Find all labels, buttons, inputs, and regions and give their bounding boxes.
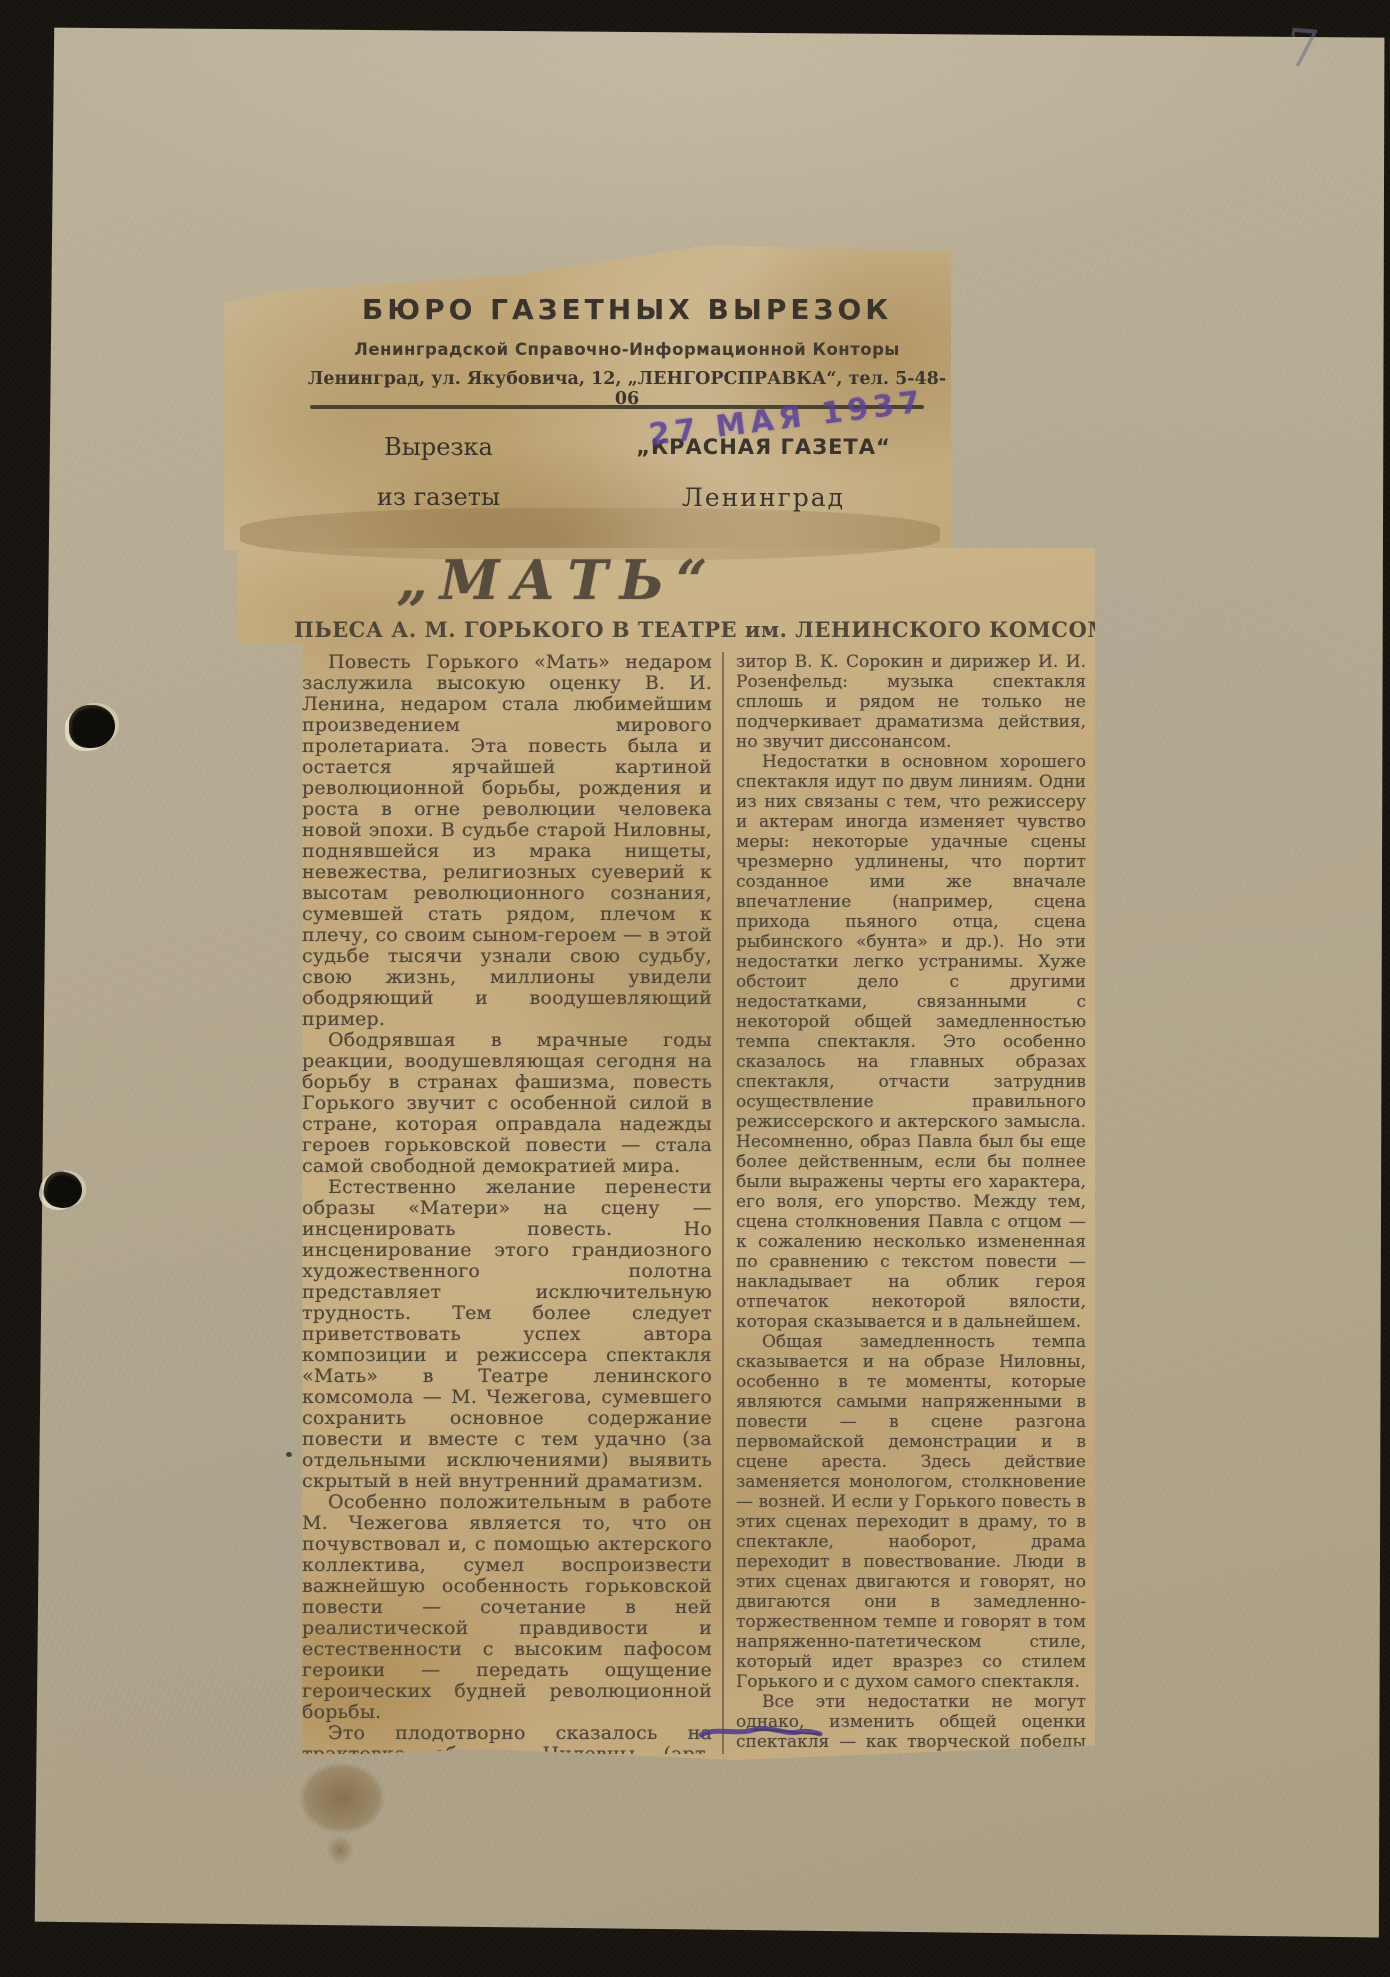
article-column-left: Повесть Горького «Мать» недаром заслужил… — [302, 652, 712, 1754]
article-paragraph: Общая замедленность темпа сказывается и … — [736, 1332, 1086, 1692]
clipping-from-cell: Вырезка из газеты — [302, 423, 575, 512]
clipping-word-line2: из газеты — [302, 483, 575, 511]
article-column-right: зитор В. К. Сорокин и дирижер И. И. Розе… — [722, 652, 1086, 1754]
bureau-title: БЮРО ГАЗЕТНЫХ ВЫРЕЗОК — [302, 293, 952, 326]
right-column-paragraphs: зитор В. К. Сорокин и дирижер И. И. Розе… — [736, 652, 1086, 1754]
label-clipping-row: Вырезка из газеты „КРАСНАЯ ГАЗЕТА“ Ленин… — [302, 423, 952, 512]
article-subtitle: ПЬЕСА А. М. ГОРЬКОГО В ТЕАТРЕ им. ЛЕНИНС… — [294, 617, 1087, 642]
handwritten-page-number: 7 — [1284, 18, 1379, 86]
clipping-word-line1: Вырезка — [302, 433, 575, 461]
article-paragraph: Повесть Горького «Мать» недаром заслужил… — [302, 652, 712, 1030]
article-clipping: „МАТЬ“ ПЬЕСА А. М. ГОРЬКОГО В ТЕАТРЕ им.… — [238, 548, 1095, 1760]
article-paragraph: Ободрявшая в мрачные годы реакции, вооду… — [302, 1030, 712, 1177]
article-title: „МАТЬ“ — [238, 548, 878, 612]
article-columns: Повесть Горького «Мать» недаром заслужил… — [302, 652, 1088, 1754]
article-paragraph: Это плодотворно сказалось на трактовке о… — [302, 1723, 712, 1754]
article-paragraph: Недостатки в основном хорошего спектакля… — [736, 752, 1086, 1332]
pencil-mark — [698, 1722, 823, 1744]
article-paragraph: зитор В. К. Сорокин и дирижер И. И. Розе… — [736, 652, 1086, 752]
newspaper-city: Ленинград — [575, 483, 952, 512]
bureau-subtitle: Ленинградской Справочно-Информационной К… — [302, 340, 952, 359]
article-paragraph: Особенно положительным в работе М. Чежег… — [302, 1492, 712, 1723]
paper-speck — [286, 1452, 292, 1457]
article-paragraph: Естественно желание перенести образы «Ма… — [302, 1177, 712, 1492]
